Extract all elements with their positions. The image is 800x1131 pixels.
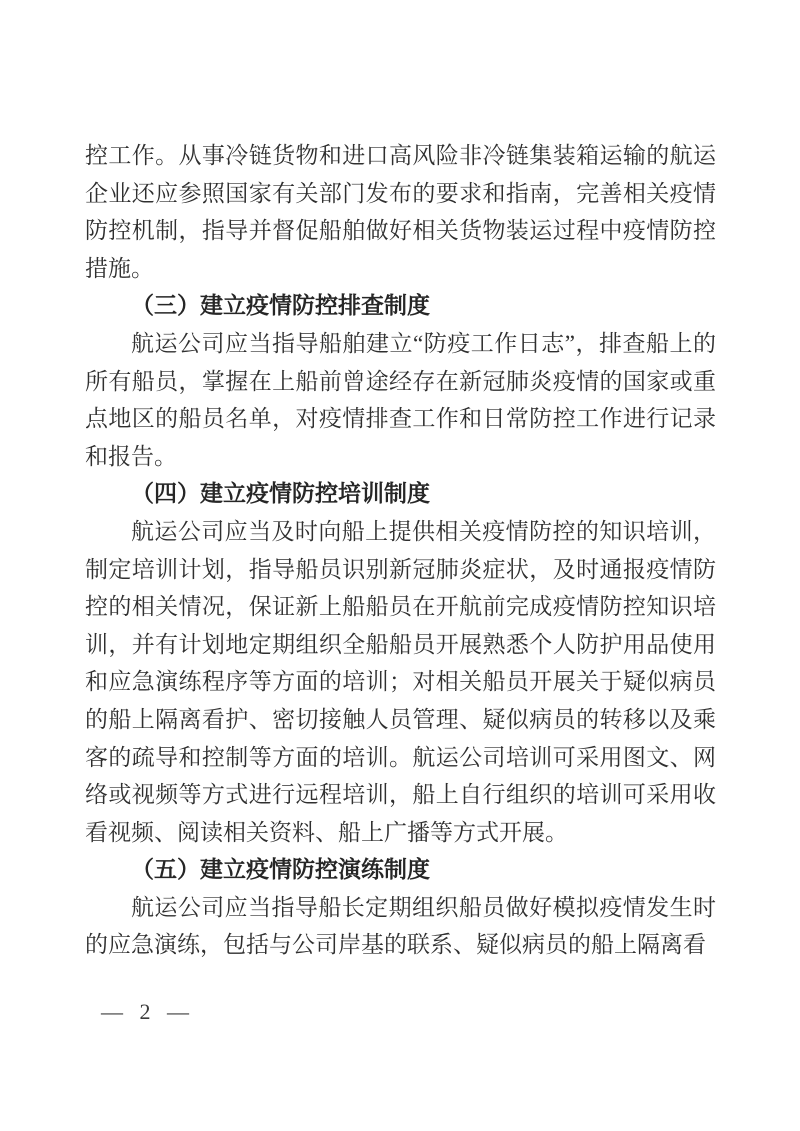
section-heading-4: （四）建立疫情防控培训制度: [85, 475, 716, 513]
paragraph-section-3: 航运公司应当指导船舶建立“防疫工作日志”，排查船上的所有船员，掌握在上船前曾途经…: [85, 325, 716, 475]
page-number: — 2 —: [101, 998, 191, 1026]
paragraph-section-4: 航运公司应当及时向船上提供相关疫情防控的知识培训，制定培训计划，指导船员识别新冠…: [85, 513, 716, 851]
paragraph-section-5: 航运公司应当指导船长定期组织船员做好模拟疫情发生时的应急演练，包括与公司岸基的联…: [85, 889, 716, 964]
document-body: 控工作。从事冷链货物和进口高风险非冷链集装箱运输的航运企业还应参照国家有关部门发…: [85, 137, 716, 964]
document-page: 控工作。从事冷链货物和进口高风险非冷链集装箱运输的航运企业还应参照国家有关部门发…: [0, 0, 800, 1131]
section-heading-3: （三）建立疫情防控排查制度: [85, 287, 716, 325]
paragraph-continuation: 控工作。从事冷链货物和进口高风险非冷链集装箱运输的航运企业还应参照国家有关部门发…: [85, 137, 716, 287]
section-heading-5: （五）建立疫情防控演练制度: [85, 851, 716, 889]
